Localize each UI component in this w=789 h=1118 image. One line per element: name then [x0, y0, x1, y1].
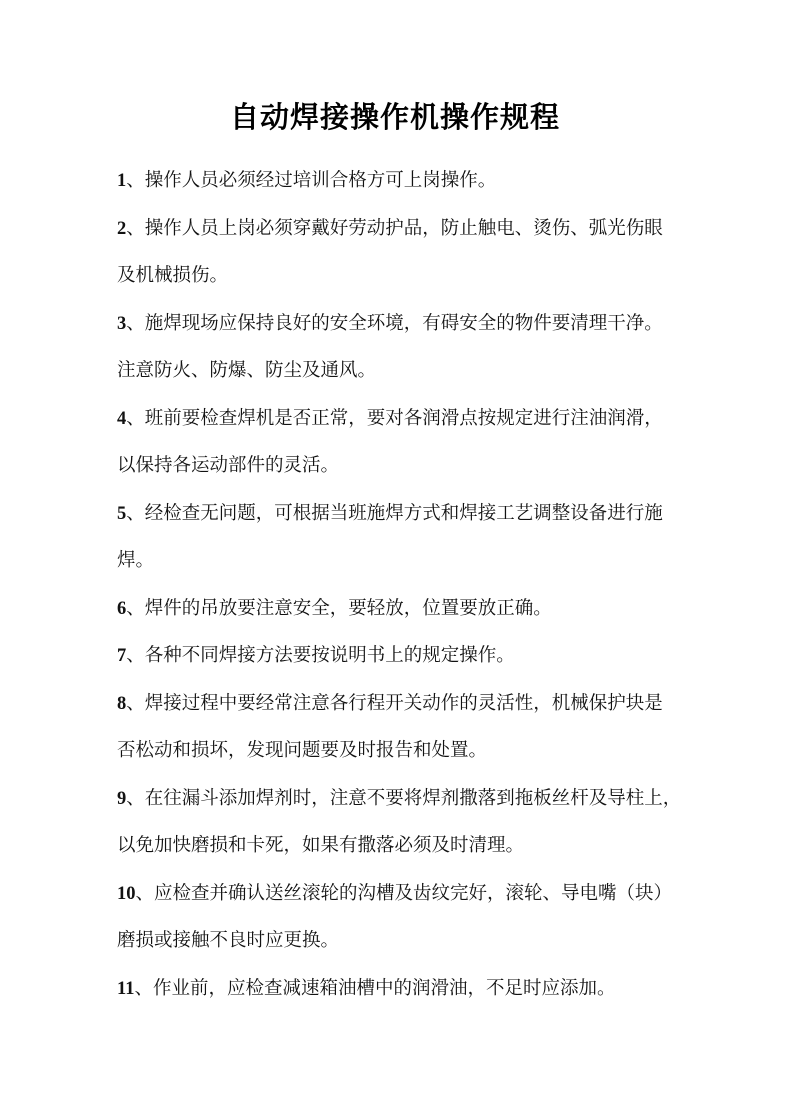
text-line: 1、操作人员必须经过培训合格方可上岗操作。 [117, 158, 673, 206]
item-text: 、作业前，应检查减速箱油槽中的润滑油，不足时应添加。 [134, 979, 615, 999]
list-item-11: 11、作业前，应检查减速箱油槽中的润滑油，不足时应添加。 [117, 966, 673, 1014]
list-item-1: 1、操作人员必须经过培训合格方可上岗操作。 [117, 158, 673, 206]
list-item-8: 8、焊接过程中要经常注意各行程开关动作的灵活性，机械保护块是 否松动和损坏，发现… [117, 681, 673, 776]
document-title: 自动焊接操作机操作规程 [117, 0, 673, 139]
list-item-7: 7、各种不同焊接方法要按说明书上的规定操作。 [117, 633, 673, 681]
text-line: 4、班前要检查焊机是否正常，要对各润滑点按规定进行注油润滑， [117, 396, 673, 444]
item-text: 、焊件的吊放要注意安全，要轻放，位置要放正确。 [126, 599, 552, 619]
item-text: 、焊接过程中要经常注意各行程开关动作的灵活性，机械保护块是 [126, 694, 663, 714]
item-number: 3 [117, 314, 126, 334]
item-text: 及机械损伤。 [117, 266, 228, 286]
document-page: 自动焊接操作机操作规程 1、操作人员必须经过培训合格方可上岗操作。 2、操作人员… [0, 0, 789, 1118]
item-text: 、操作人员必须经过培训合格方可上岗操作。 [126, 171, 496, 191]
item-number: 1 [117, 171, 126, 191]
item-number: 5 [117, 504, 126, 524]
item-number: 9 [117, 789, 126, 809]
item-text: 、经检查无问题，可根据当班施焊方式和焊接工艺调整设备进行施 [126, 504, 663, 524]
text-line: 磨损或接触不良时应更换。 [117, 918, 673, 966]
text-line: 10、应检查并确认送丝滚轮的沟槽及齿纹完好，滚轮、导电嘴（块） [117, 871, 673, 919]
document-body: 1、操作人员必须经过培训合格方可上岗操作。 2、操作人员上岗必须穿戴好劳动护品，… [117, 158, 673, 1013]
text-line: 6、焊件的吊放要注意安全，要轻放，位置要放正确。 [117, 586, 673, 634]
item-number: 4 [117, 409, 126, 429]
item-number: 7 [117, 646, 126, 666]
item-text: 注意防火、防爆、防尘及通风。 [117, 361, 376, 381]
text-line: 2、操作人员上岗必须穿戴好劳动护品，防止触电、烫伤、弧光伤眼 [117, 206, 673, 254]
text-line: 9、在往漏斗添加焊剂时，注意不要将焊剂撒落到拖板丝杆及导柱上， [117, 776, 673, 824]
text-line: 7、各种不同焊接方法要按说明书上的规定操作。 [117, 633, 673, 681]
item-text: 以保持各运动部件的灵活。 [117, 456, 339, 476]
list-item-9: 9、在往漏斗添加焊剂时，注意不要将焊剂撒落到拖板丝杆及导柱上， 以免加快磨损和卡… [117, 776, 673, 871]
list-item-3: 3、施焊现场应保持良好的安全环境，有碍安全的物件要清理干净。 注意防火、防爆、防… [117, 301, 673, 396]
item-number: 8 [117, 694, 126, 714]
item-text: 、班前要检查焊机是否正常，要对各润滑点按规定进行注油润滑， [126, 409, 663, 429]
list-item-4: 4、班前要检查焊机是否正常，要对各润滑点按规定进行注油润滑， 以保持各运动部件的… [117, 396, 673, 491]
text-line: 5、经检查无问题，可根据当班施焊方式和焊接工艺调整设备进行施 [117, 491, 673, 539]
item-number: 2 [117, 219, 126, 239]
text-line: 焊。 [117, 538, 673, 586]
item-number: 6 [117, 599, 126, 619]
text-line: 注意防火、防爆、防尘及通风。 [117, 348, 673, 396]
item-number: 11 [117, 979, 134, 999]
text-line: 及机械损伤。 [117, 253, 673, 301]
list-item-2: 2、操作人员上岗必须穿戴好劳动护品，防止触电、烫伤、弧光伤眼 及机械损伤。 [117, 206, 673, 301]
list-item-6: 6、焊件的吊放要注意安全，要轻放，位置要放正确。 [117, 586, 673, 634]
text-line: 以保持各运动部件的灵活。 [117, 443, 673, 491]
item-text: 磨损或接触不良时应更换。 [117, 931, 339, 951]
item-text: 、在往漏斗添加焊剂时，注意不要将焊剂撒落到拖板丝杆及导柱上， [126, 789, 681, 809]
text-line: 否松动和损坏，发现问题要及时报告和处置。 [117, 728, 673, 776]
list-item-10: 10、应检查并确认送丝滚轮的沟槽及齿纹完好，滚轮、导电嘴（块） 磨损或接触不良时… [117, 871, 673, 966]
item-text: 、操作人员上岗必须穿戴好劳动护品，防止触电、烫伤、弧光伤眼 [126, 219, 663, 239]
list-item-5: 5、经检查无问题，可根据当班施焊方式和焊接工艺调整设备进行施 焊。 [117, 491, 673, 586]
item-text: 、施焊现场应保持良好的安全环境，有碍安全的物件要清理干净。 [126, 314, 663, 334]
item-text: 、应检查并确认送丝滚轮的沟槽及齿纹完好，滚轮、导电嘴（块） [136, 884, 673, 904]
item-text: 以免加快磨损和卡死，如果有撒落必须及时清理。 [117, 836, 524, 856]
item-text: 否松动和损坏，发现问题要及时报告和处置。 [117, 741, 487, 761]
text-line: 以免加快磨损和卡死，如果有撒落必须及时清理。 [117, 823, 673, 871]
text-line: 11、作业前，应检查减速箱油槽中的润滑油，不足时应添加。 [117, 966, 673, 1014]
item-number: 10 [117, 884, 136, 904]
item-text: 、各种不同焊接方法要按说明书上的规定操作。 [126, 646, 515, 666]
text-line: 3、施焊现场应保持良好的安全环境，有碍安全的物件要清理干净。 [117, 301, 673, 349]
text-line: 8、焊接过程中要经常注意各行程开关动作的灵活性，机械保护块是 [117, 681, 673, 729]
item-text: 焊。 [117, 551, 154, 571]
